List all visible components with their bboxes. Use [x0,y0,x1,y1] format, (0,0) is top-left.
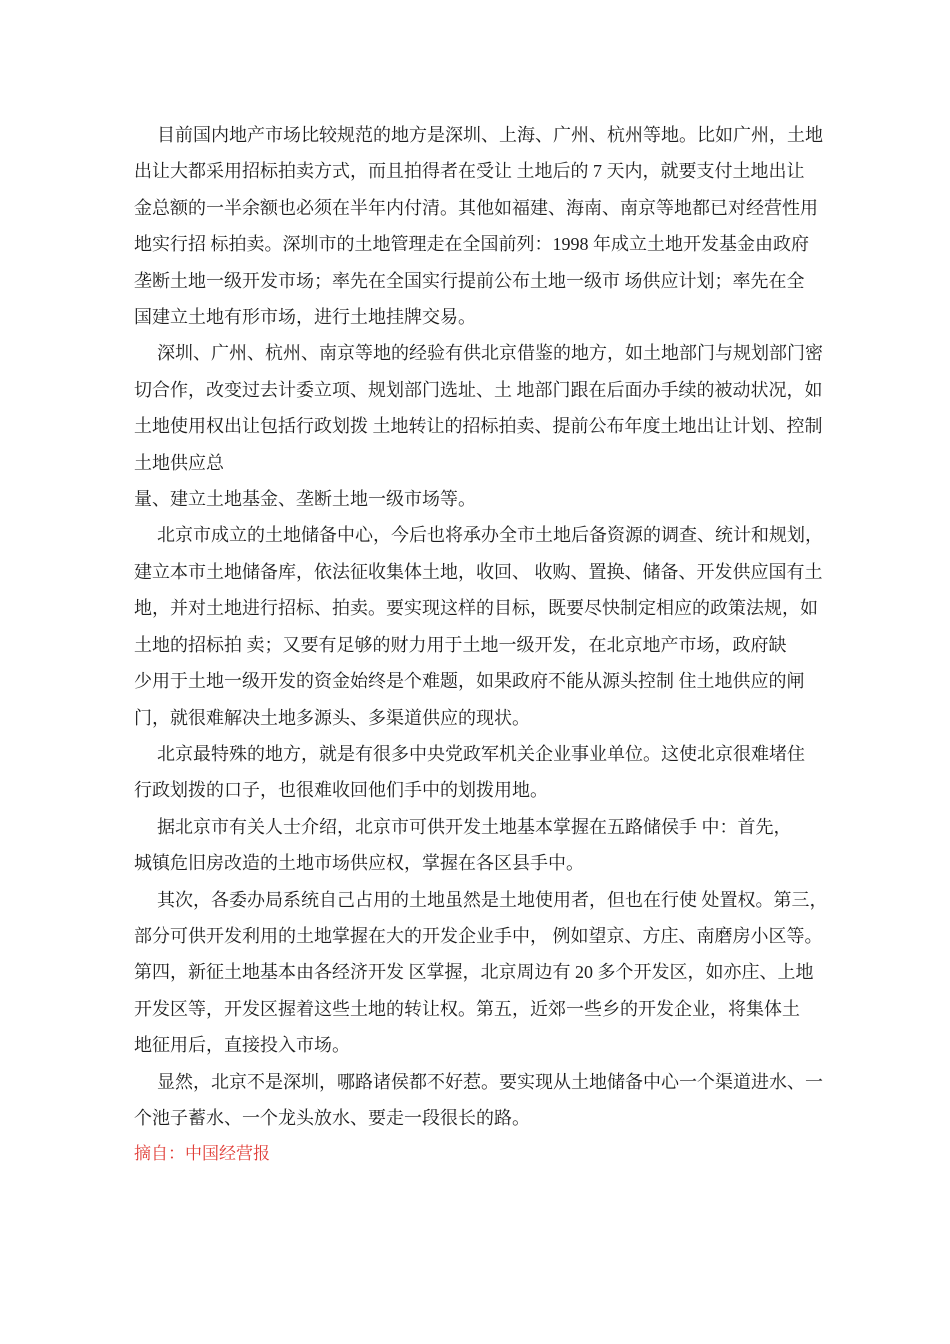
text-line: 建立本市土地储备库，依法征收集体土地，收回、 收购、置换、储备、开发供应国有土 [134,554,832,590]
text-line: 少用于土地一级开发的资金始终是个难题，如果政府不能从源头控制 住土地供应的闸 [134,663,832,699]
text-line: 个池子蓄水、一个龙头放水、要走一段很长的路。 [134,1100,832,1136]
text-line: 第四，新征土地基本由各经济开发 区掌握，北京周边有 20 多个开发区，如亦庄、上… [134,954,832,990]
text-line: 量、建立土地基金、垄断土地一级市场等。 [134,481,832,517]
paragraph: 深圳、广州、杭州、南京等地的经验有供北京借鉴的地方，如土地部门与规划部门密切合作… [134,335,832,517]
text-line: 地实行招 标拍卖。深圳市的土地管理走在全国前列：1998 年成立土地开发基金由政… [134,226,832,262]
paragraph: 其次，各委办局系统自己占用的土地虽然是土地使用者，但也在行使 处置权。第三，部分… [134,882,832,1064]
text-line: 目前国内地产市场比较规范的地方是深圳、上海、广州、杭州等地。比如广州，土地 [134,117,832,153]
text-line: 其次，各委办局系统自己占用的土地虽然是土地使用者，但也在行使 处置权。第三， [134,882,832,918]
text-line: 土地使用权出让包括行政划拨 土地转让的招标拍卖、提前公布年度土地出让计划、控制 [134,408,832,444]
text-line: 地征用后，直接投入市场。 [134,1027,832,1063]
text-line: 北京最特殊的地方，就是有很多中央党政军机关企业事业单位。这使北京很难堵住 [134,736,832,772]
text-line: 北京市成立的土地储备中心，今后也将承办全市土地后备资源的调查、统计和规划， [134,517,832,553]
text-line: 据北京市有关人士介绍，北京市可供开发土地基本掌握在五路储侯手 中：首先， [134,809,832,845]
text-line: 地，并对土地进行招标、拍卖。要实现这样的目标，既要尽快制定相应的政策法规，如 [134,590,832,626]
text-line: 深圳、广州、杭州、南京等地的经验有供北京借鉴的地方，如土地部门与规划部门密 [134,335,832,371]
text-line: 门，就很难解决土地多源头、多渠道供应的现状。 [134,700,832,736]
text-line: 部分可供开发利用的土地掌握在大的开发企业手中， 例如望京、方庄、南磨房小区等。 [134,918,832,954]
paragraph: 目前国内地产市场比较规范的地方是深圳、上海、广州、杭州等地。比如广州，土地出让大… [134,117,832,335]
text-line: 土地的招标拍 卖；又要有足够的财力用于土地一级开发，在北京地产市场，政府缺 [134,627,832,663]
paragraph: 显然，北京不是深圳，哪路诸侯都不好惹。要实现从土地储备中心一个渠道进水、一个池子… [134,1064,832,1137]
document-body: 目前国内地产市场比较规范的地方是深圳、上海、广州、杭州等地。比如广州，土地出让大… [134,117,832,1136]
text-line: 城镇危旧房改造的土地市场供应权，掌握在各区县手中。 [134,845,832,881]
paragraph: 北京最特殊的地方，就是有很多中央党政军机关企业事业单位。这使北京很难堵住行政划拨… [134,736,832,809]
document-page: 目前国内地产市场比较规范的地方是深圳、上海、广州、杭州等地。比如广州，土地出让大… [0,0,950,1173]
text-line: 显然，北京不是深圳，哪路诸侯都不好惹。要实现从土地储备中心一个渠道进水、一 [134,1064,832,1100]
paragraph: 据北京市有关人士介绍，北京市可供开发土地基本掌握在五路储侯手 中：首先，城镇危旧… [134,809,832,882]
text-line: 开发区等，开发区握着这些土地的转让权。第五，近郊一些乡的开发企业，将集体土 [134,991,832,1027]
text-line: 垄断土地一级开发市场；率先在全国实行提前公布土地一级市 场供应计划；率先在全 [134,263,832,299]
text-line: 切合作，改变过去计委立项、规划部门选址、土 地部门跟在后面办手续的被动状况，如 [134,372,832,408]
paragraph: 北京市成立的土地储备中心，今后也将承办全市土地后备资源的调查、统计和规划，建立本… [134,517,832,735]
text-line: 行政划拨的口子，也很难收回他们手中的划拨用地。 [134,772,832,808]
text-line: 国建立土地有形市场，进行土地挂牌交易。 [134,299,832,335]
text-line: 土地供应总 [134,445,832,481]
text-line: 出让大都采用招标拍卖方式，而且拍得者在受让 土地后的 7 天内，就要支付土地出让 [134,153,832,189]
text-line: 金总额的一半余额也必须在半年内付清。其他如福建、海南、南京等地都已对经营性用 [134,190,832,226]
source-attribution: 摘自：中国经营报 [134,1136,832,1172]
